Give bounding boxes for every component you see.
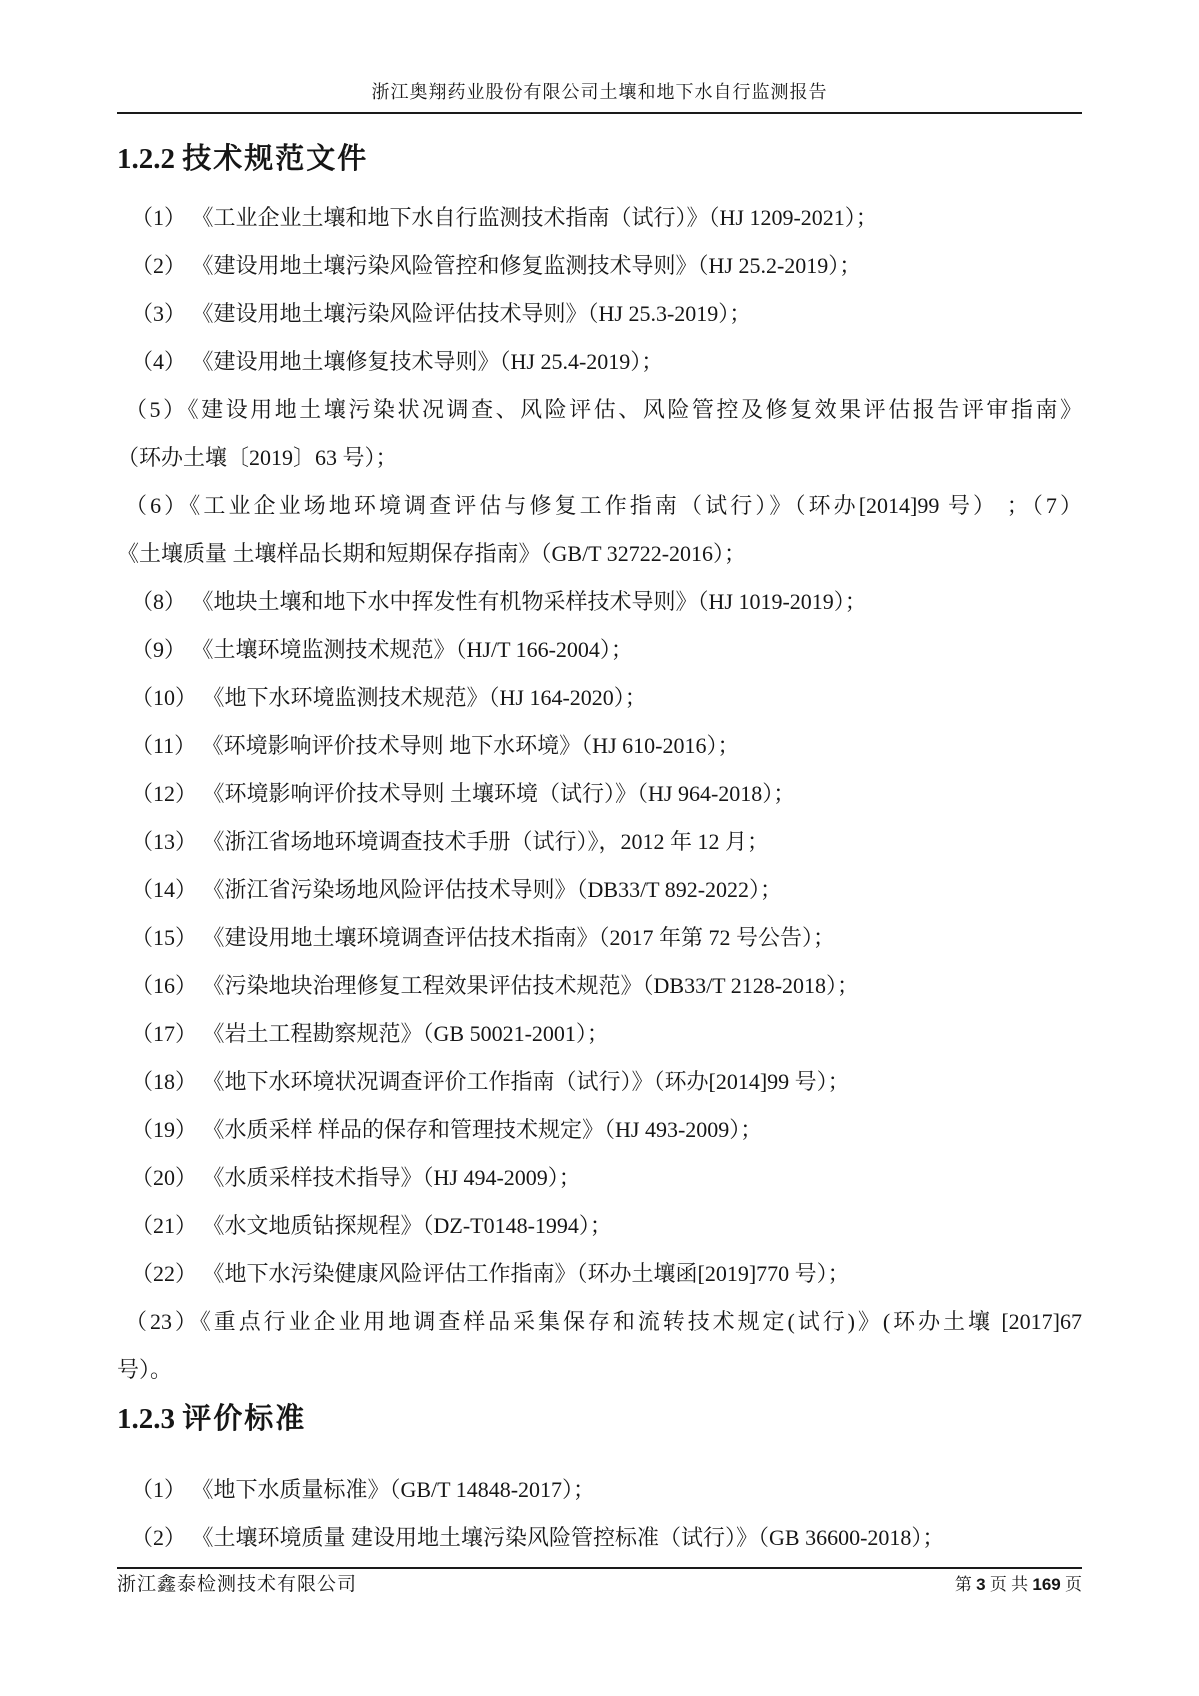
- reference-line-continuation: 号）。: [117, 1346, 1082, 1394]
- reference-line: （1） 《地下水质量标准》（GB/T 14848-2017）；: [117, 1466, 1082, 1514]
- reference-line: （1） 《工业企业土壤和地下水自行监测技术指南（试行）》（HJ 1209-202…: [117, 194, 1082, 242]
- section-heading-evaluation-standards: 1.2.3 评价标准: [117, 1402, 1082, 1436]
- reference-line: （23）《重点行业企业用地调查样品采集保存和流转技术规定(试行)》(环办土壤 […: [117, 1298, 1082, 1346]
- report-header-title: 浙江奥翔药业股份有限公司土壤和地下水自行监测报告: [117, 0, 1082, 102]
- reference-line: （3） 《建设用地土壤污染风险评估技术导则》（HJ 25.3-2019）；: [117, 290, 1082, 338]
- section-number: 1.2.2: [117, 143, 175, 175]
- reference-line: （11） 《环境影响评价技术导则 地下水环境》（HJ 610-2016）；: [117, 722, 1082, 770]
- reference-line: （6）《工业企业场地环境调查评估与修复工作指南（试行）》（环办[2014]99 …: [117, 482, 1082, 530]
- section-heading-technical-specs: 1.2.2 技术规范文件: [117, 142, 1082, 176]
- reference-line: （2） 《土壤环境质量 建设用地土壤污染风险管控标准（试行）》（GB 36600…: [117, 1514, 1082, 1562]
- section-title: 技术规范文件: [182, 143, 368, 175]
- reference-line: （21） 《水文地质钻探规程》（DZ-T0148-1994）；: [117, 1202, 1082, 1250]
- reference-list-technical-specs: （1） 《工业企业土壤和地下水自行监测技术指南（试行）》（HJ 1209-202…: [117, 194, 1082, 1394]
- reference-line: （9） 《土壤环境监测技术规范》（HJ/T 166-2004）；: [117, 626, 1082, 674]
- reference-line: （17） 《岩土工程勘察规范》（GB 50021-2001）；: [117, 1010, 1082, 1058]
- reference-line: （5）《建设用地土壤污染状况调查、风险评估、风险管控及修复效果评估报告评审指南》: [117, 386, 1082, 434]
- page-label-suffix: 页: [1065, 1575, 1082, 1594]
- reference-line-continuation: （环办土壤〔2019〕63 号）；: [117, 434, 1082, 482]
- reference-line: （15） 《建设用地土壤环境调查评估技术指南》（2017 年第 72 号公告）；: [117, 914, 1082, 962]
- reference-line: （12） 《环境影响评价技术导则 土壤环境（试行）》（HJ 964-2018）；: [117, 770, 1082, 818]
- reference-list-evaluation-standards: （1） 《地下水质量标准》（GB/T 14848-2017）； （2） 《土壤环…: [117, 1466, 1082, 1562]
- section-title: 评价标准: [182, 1403, 306, 1435]
- section-number: 1.2.3: [117, 1403, 175, 1435]
- reference-line: （10） 《地下水环境监测技术规范》（HJ 164-2020）；: [117, 674, 1082, 722]
- reference-line: （18） 《地下水环境状况调查评价工作指南（试行）》（环办[2014]99 号）…: [117, 1058, 1082, 1106]
- reference-line: （13） 《浙江省场地环境调查技术手册（试行）》，2012 年 12 月；: [117, 818, 1082, 866]
- reference-line-continuation: 《土壤质量 土壤样品长期和短期保存指南》（GB/T 32722-2016）；: [117, 530, 1082, 578]
- reference-line: （19） 《水质采样 样品的保存和管理技术规定》（HJ 493-2009）；: [117, 1106, 1082, 1154]
- reference-line: （4） 《建设用地土壤修复技术导则》（HJ 25.4-2019）；: [117, 338, 1082, 386]
- page-label-middle: 页 共: [990, 1575, 1028, 1594]
- reference-line: （14） 《浙江省污染场地风险评估技术导则》（DB33/T 892-2022）；: [117, 866, 1082, 914]
- document-page: 浙江奥翔药业股份有限公司土壤和地下水自行监测报告 1.2.2 技术规范文件 （1…: [0, 0, 1199, 1696]
- page-content: 浙江奥翔药业股份有限公司土壤和地下水自行监测报告 1.2.2 技术规范文件 （1…: [117, 0, 1082, 1597]
- reference-line: （22） 《地下水污染健康风险评估工作指南》（环办土壤函[2019]770 号）…: [117, 1250, 1082, 1298]
- total-page-number: 169: [1032, 1575, 1060, 1594]
- header-rule: [117, 112, 1082, 114]
- footer-company-name: 浙江鑫泰检测技术有限公司: [117, 1573, 357, 1597]
- footer-page-indicator: 第 3 页 共 169 页: [955, 1573, 1082, 1597]
- current-page-number: 3: [976, 1575, 985, 1594]
- reference-line: （16） 《污染地块治理修复工程效果评估技术规范》（DB33/T 2128-20…: [117, 962, 1082, 1010]
- reference-line: （2） 《建设用地土壤污染风险管控和修复监测技术导则》（HJ 25.2-2019…: [117, 242, 1082, 290]
- page-label-prefix: 第: [955, 1575, 972, 1594]
- reference-line: （8） 《地块土壤和地下水中挥发性有机物采样技术导则》（HJ 1019-2019…: [117, 578, 1082, 626]
- page-footer: 浙江鑫泰检测技术有限公司 第 3 页 共 169 页: [117, 1569, 1082, 1597]
- reference-line: （20） 《水质采样技术指导》（HJ 494-2009）；: [117, 1154, 1082, 1202]
